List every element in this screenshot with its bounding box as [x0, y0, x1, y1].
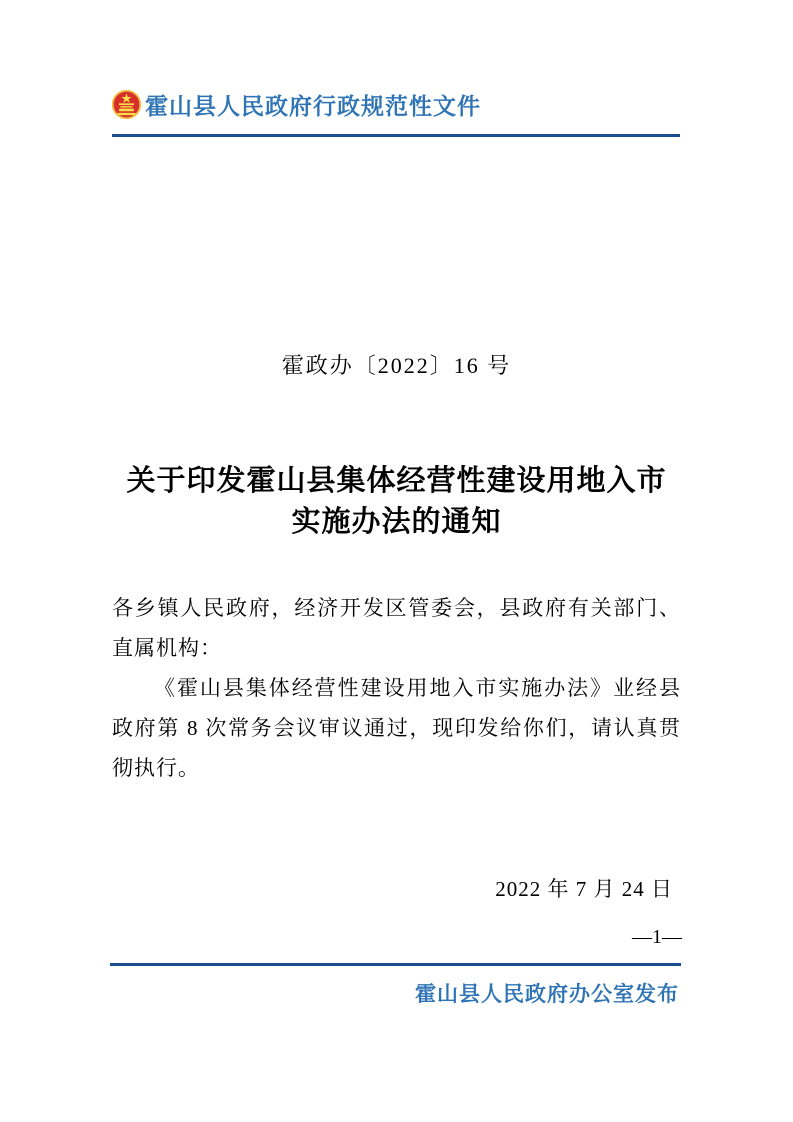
document-masthead: 霍山县人民政府行政规范性文件 [111, 88, 481, 121]
page-number: —1— [112, 926, 682, 949]
document-title-line1: 关于印发霍山县集体经营性建设用地入市 [60, 461, 733, 502]
footer-divider [110, 963, 681, 966]
header-divider [112, 134, 680, 137]
document-page: 霍山县人民政府行政规范性文件 霍政办〔2022〕16 号 关于印发霍山县集体经营… [0, 0, 793, 1122]
masthead-title: 霍山县人民政府行政规范性文件 [145, 88, 481, 121]
salutation-paragraph: 各乡镇人民政府，经济开发区管委会，县政府有关部门、直属机构： [112, 588, 681, 668]
document-number: 霍政办〔2022〕16 号 [0, 349, 793, 380]
body-paragraph: 《霍山县集体经营性建设用地入市实施办法》业经县政府第 8 次常务会议审议通过，现… [112, 668, 681, 788]
footer-publisher: 霍山县人民政府办公室发布 [112, 978, 679, 1008]
document-title-line2: 实施办法的通知 [60, 502, 733, 543]
issue-date: 2022 年 7 月 24 日 [112, 873, 673, 903]
document-title: 关于印发霍山县集体经营性建设用地入市 实施办法的通知 [60, 461, 733, 543]
china-national-emblem-icon [111, 88, 142, 121]
document-body: 各乡镇人民政府，经济开发区管委会，县政府有关部门、直属机构： 《霍山县集体经营性… [112, 588, 681, 788]
